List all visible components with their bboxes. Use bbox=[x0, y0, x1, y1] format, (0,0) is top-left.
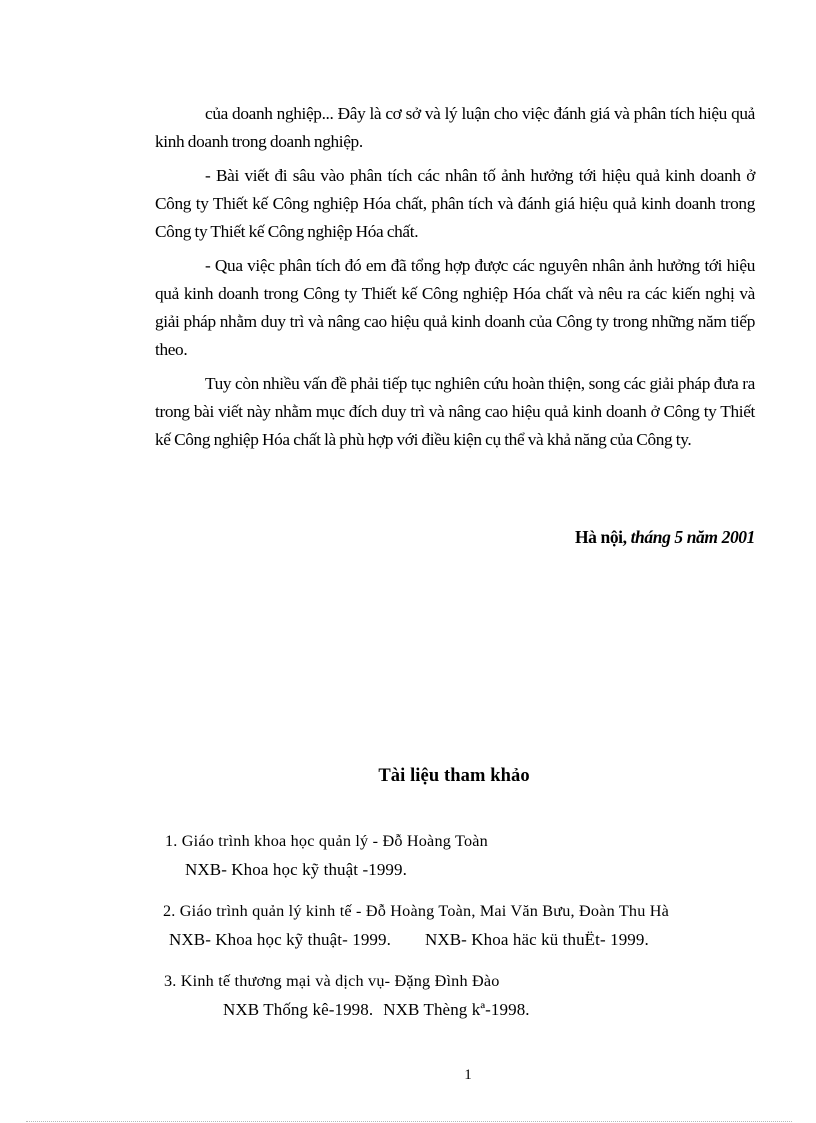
document-page: của doanh nghiệp... Đây là cơ sở và lý l… bbox=[0, 0, 816, 1123]
paragraph-analysis-scope: - Bài viết đi sâu vào phân tích các nhân… bbox=[155, 162, 755, 246]
page-break-divider bbox=[26, 1121, 792, 1122]
signature-place: Hà nội, bbox=[575, 527, 627, 547]
reference-publisher-line: NXB- Khoa học kỹ thuật -1999. bbox=[185, 860, 407, 880]
reference-publisher: NXB Thống kê-1998. bbox=[223, 1000, 373, 1019]
paragraph-conclusion-intro: của doanh nghiệp... Đây là cơ sở và lý l… bbox=[155, 100, 755, 156]
reference-publisher: NXB- Khoa học kỹ thuật- 1999. bbox=[169, 930, 391, 949]
reference-publisher-line: NXB- Khoa học kỹ thuật- 1999.NXB- Khoa h… bbox=[169, 930, 649, 950]
reference-publisher-line: NXB Thống kê-1998.NXB Thèng kª-1998. bbox=[223, 1000, 530, 1020]
references-title: Tài liệu tham khảo bbox=[0, 766, 816, 787]
reference-title-line: 2. Giáo trình quản lý kinh tế - Đỗ Hoàng… bbox=[163, 902, 669, 921]
reference-title-line: 3. Kinh tế thương mại và dịch vụ- Đặng Đ… bbox=[164, 972, 500, 991]
body-text: của doanh nghiệp... Đây là cơ sở và lý l… bbox=[155, 100, 755, 460]
signature-date: tháng 5 năm 2001 bbox=[627, 527, 755, 547]
reference-publisher-duplicate: NXB- Khoa häc kü thuËt- 1999. bbox=[425, 930, 649, 949]
paragraph-synthesis: - Qua việc phân tích đó em đã tổng hợp đ… bbox=[155, 252, 755, 364]
reference-title-line: 1. Giáo trình khoa học quản lý - Đỗ Hoàn… bbox=[165, 832, 488, 851]
signature-place-date: Hà nội, tháng 5 năm 2001 bbox=[575, 527, 755, 548]
page-number: 1 bbox=[0, 1067, 816, 1084]
paragraph-closing: Tuy còn nhiều vấn đề phải tiếp tục nghiê… bbox=[155, 370, 755, 454]
reference-publisher-duplicate: NXB Thèng kª-1998. bbox=[383, 1000, 529, 1019]
